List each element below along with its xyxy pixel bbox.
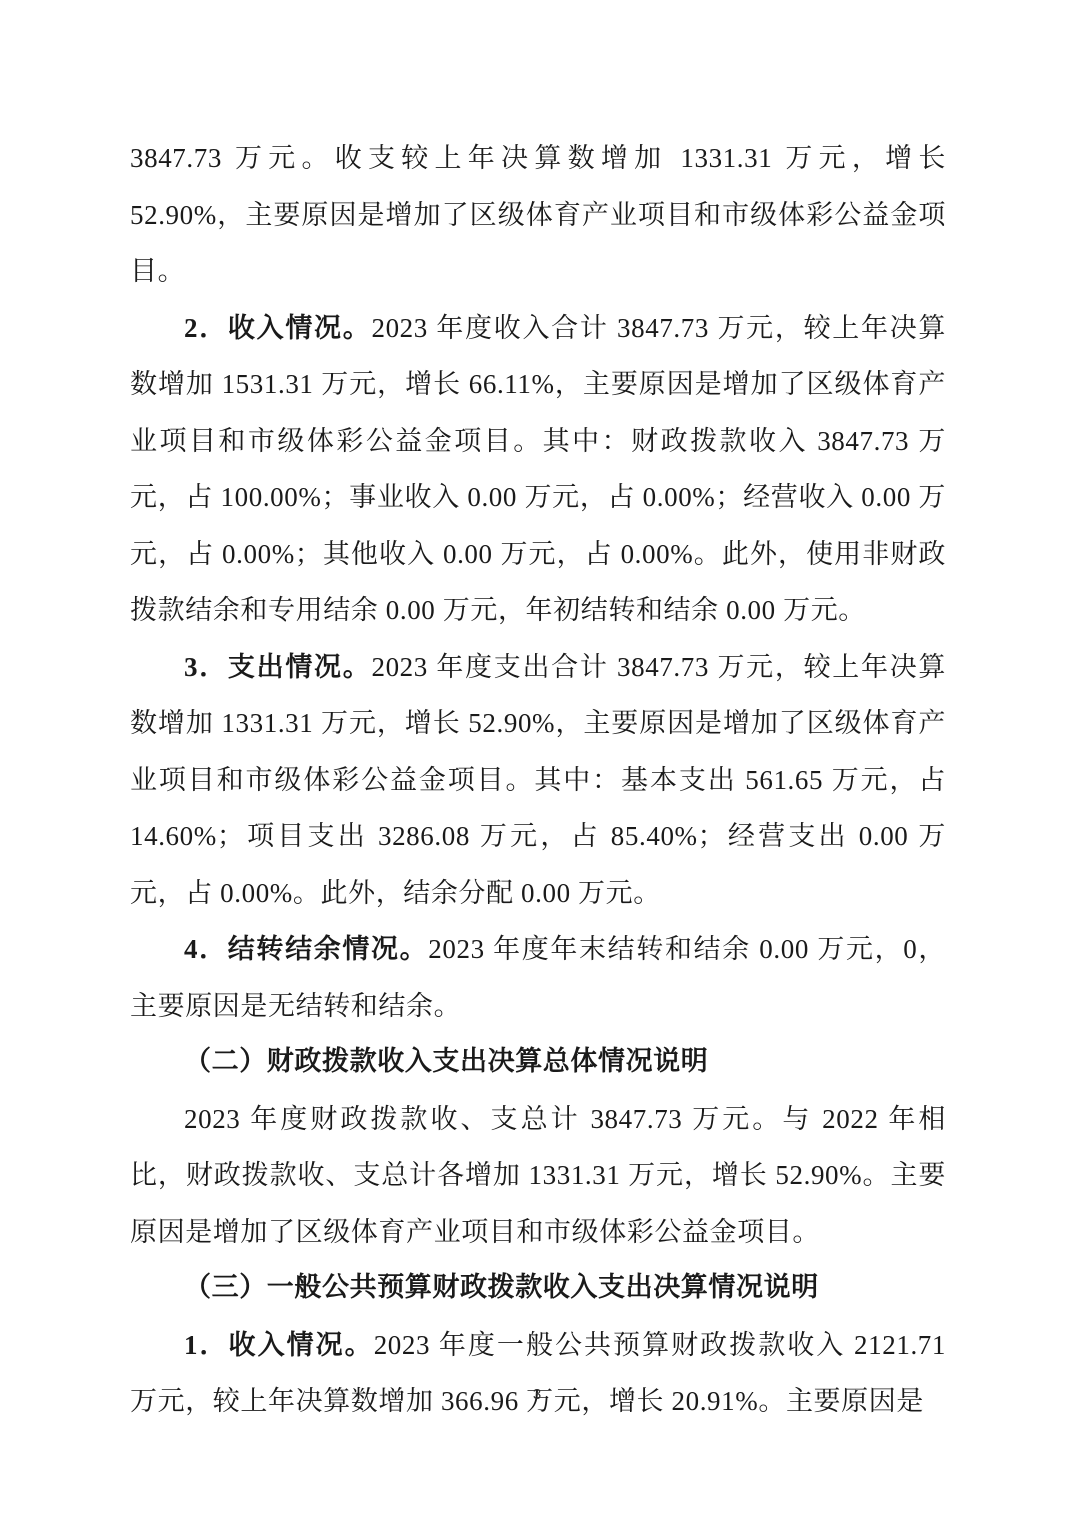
paragraph-general-budget-income: 1．收入情况。2023 年度一般公共预算财政拨款收入 2121.71 万元，较上… <box>130 1317 946 1430</box>
paragraph-lead-income: 2．收入情况。 <box>184 313 371 343</box>
paragraph-income: 2．收入情况。2023 年度收入合计 3847.73 万元，较上年决算数增加 1… <box>130 300 946 639</box>
paragraph-lead-carryover: 4．结转结余情况。 <box>184 934 428 964</box>
paragraph-carryover: 4．结转结余情况。2023 年度年末结转和结余 0.00 万元，0，主要原因是无… <box>130 921 946 1034</box>
section-heading-fiscal-overall: （二）财政拨款收入支出决算总体情况说明 <box>130 1034 946 1091</box>
paragraph-text: 2023 年度支出合计 3847.73 万元，较上年决算数增加 1331.31 … <box>130 652 946 908</box>
paragraph-text: 2023 年度财政拨款收、支总计 3847.73 万元。与 2022 年相比，财… <box>130 1104 946 1247</box>
paragraph-lead-general-income: 1．收入情况。 <box>184 1330 374 1360</box>
paragraph-expenditure: 3．支出情况。2023 年度支出合计 3847.73 万元，较上年决算数增加 1… <box>130 639 946 922</box>
paragraph-fiscal-overall: 2023 年度财政拨款收、支总计 3847.73 万元。与 2022 年相比，财… <box>130 1091 946 1261</box>
paragraph-text: 2023 年度收入合计 3847.73 万元，较上年决算数增加 1531.31 … <box>130 313 946 626</box>
paragraph-lead-expenditure: 3．支出情况。 <box>184 652 371 682</box>
page-number: 3 <box>0 1386 1074 1403</box>
paragraph-summary-continuation: 3847.73 万元。收支较上年决算数增加 1331.31 万元，增长 52.9… <box>130 130 946 300</box>
paragraph-text: 3847.73 万元。收支较上年决算数增加 1331.31 万元，增长 52.9… <box>130 143 946 286</box>
document-page: 3847.73 万元。收支较上年决算数增加 1331.31 万元，增长 52.9… <box>130 130 946 1430</box>
section-heading-general-budget: （三）一般公共预算财政拨款收入支出决算情况说明 <box>130 1260 946 1317</box>
